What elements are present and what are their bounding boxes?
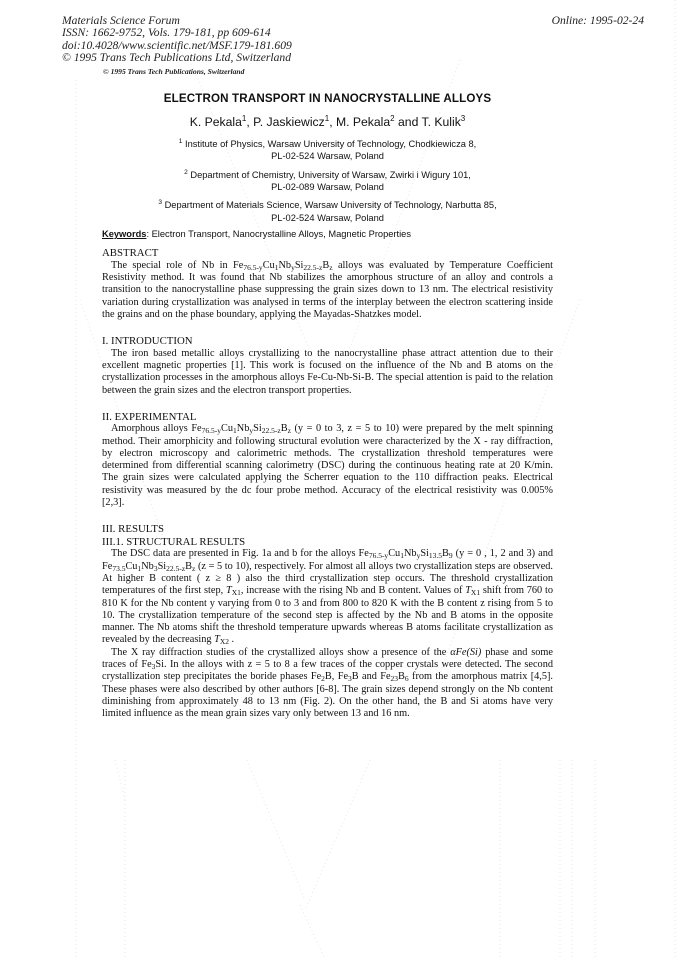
affiliation: 1 Institute of Physics, Warsaw Universit… <box>102 136 553 163</box>
issn-line: ISSN: 1662-9752, Vols. 179-181, pp 609-6… <box>62 27 292 39</box>
experimental-section: II. EXPERIMENTAL Amorphous alloys Fe76.5… <box>102 411 553 510</box>
keywords: Keywords: Electron Transport, Nanocrysta… <box>102 229 553 239</box>
results-section: III. RESULTS III.1. STRUCTURAL RESULTS T… <box>102 523 553 720</box>
introduction-heading: I. INTRODUCTION <box>102 335 553 348</box>
affiliation-list: 1 Institute of Physics, Warsaw Universit… <box>102 136 553 224</box>
affiliation-line: PL-02-524 Warsaw, Poland <box>271 213 384 223</box>
author-separator: , <box>329 115 336 129</box>
author-list: K. Pekala1, P. Jaskiewicz1, M. Pekala2 a… <box>102 114 553 129</box>
journal-header: Materials Science Forum ISSN: 1662-9752,… <box>62 15 292 65</box>
paper-body: ELECTRON TRANSPORT IN NANOCRYSTALLINE AL… <box>102 92 553 721</box>
structural-results-heading: III.1. STRUCTURAL RESULTS <box>102 536 553 549</box>
affiliation-line: Institute of Physics, Warsaw University … <box>182 139 476 149</box>
author-name: T. Kulik <box>422 115 461 129</box>
abstract-heading: ABSTRACT <box>102 247 553 260</box>
introduction-text: The iron based metallic alloys crystalli… <box>102 348 553 397</box>
introduction-section: I. INTRODUCTION The iron based metallic … <box>102 335 553 397</box>
experimental-text: Amorphous alloys Fe76.5-yCu1NbySi22.5-zB… <box>102 423 553 509</box>
affiliation-line: Department of Chemistry, University of W… <box>188 170 471 180</box>
affiliation: 3 Department of Materials Science, Warsa… <box>102 197 553 224</box>
abstract-section: ABSTRACT The special role of Nb in Fe76.… <box>102 247 553 321</box>
paper-title: ELECTRON TRANSPORT IN NANOCRYSTALLINE AL… <box>102 92 553 105</box>
keywords-label: Keywords <box>102 229 146 239</box>
author-name: M. Pekala <box>336 115 390 129</box>
experimental-heading: II. EXPERIMENTAL <box>102 411 553 424</box>
results-paragraph-1: The DSC data are presented in Fig. 1a an… <box>102 548 553 646</box>
affiliation-line: PL-02-524 Warsaw, Poland <box>271 151 384 161</box>
copyright-small: © 1995 Trans Tech Publications, Switzerl… <box>103 67 244 76</box>
author-affiliation-mark: 3 <box>461 114 465 123</box>
abstract-text: The special role of Nb in Fe76.5-yCu1Nby… <box>102 260 553 321</box>
affiliation: 2 Department of Chemistry, University of… <box>102 167 553 194</box>
results-paragraph-2: The X ray diffraction studies of the cry… <box>102 647 553 721</box>
online-date: Online: 1995-02-24 <box>552 15 644 27</box>
keywords-text: : Electron Transport, Nanocrystalline Al… <box>146 229 411 239</box>
author-name: P. Jaskiewicz <box>253 115 325 129</box>
affiliation-line: PL-02-089 Warsaw, Poland <box>271 182 384 192</box>
author-separator: and <box>395 115 422 129</box>
author-name: K. Pekala <box>190 115 242 129</box>
copyright-line: © 1995 Trans Tech Publications Ltd, Swit… <box>62 52 292 64</box>
results-heading: III. RESULTS <box>102 523 553 536</box>
affiliation-line: Department of Materials Science, Warsaw … <box>162 201 497 211</box>
